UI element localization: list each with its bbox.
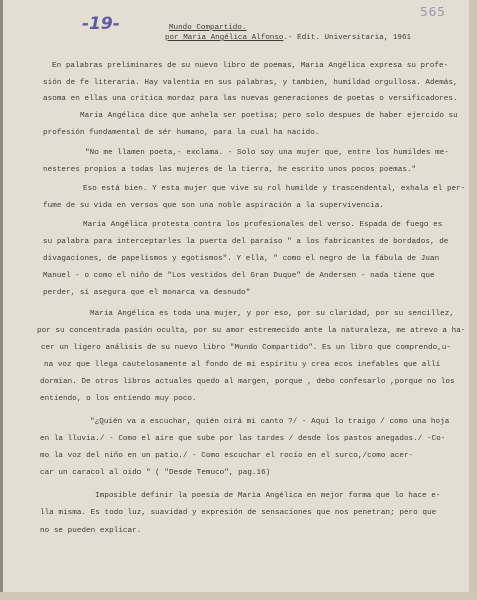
text-line: no se pueden explicar. — [40, 527, 141, 535]
text-line: Maria Angélica es toda una mujer, y por … — [90, 310, 454, 318]
text-line: En palabras preliminares de su nuevo lib… — [52, 62, 448, 70]
page-right-edge — [469, 0, 477, 600]
text-line: cer un ligero análisis de su nuevo libro… — [41, 344, 451, 352]
text-line: en la lluvia./ - Como el aire que sube p… — [40, 435, 445, 443]
text-line: profesión fundamental de sér humano, par… — [43, 129, 319, 137]
text-line: fume de su vida en versos que son una no… — [43, 202, 384, 210]
title-text: Mundo Compartido. — [169, 24, 246, 32]
page-bottom-edge — [0, 592, 477, 600]
text-line: Eso está bien. Y esta mujer que vive su … — [83, 185, 465, 193]
text-line: dormian. De otros libros actuales quedo … — [40, 378, 455, 386]
byline-author: por Maria Angélica Alfonso — [165, 34, 283, 42]
text-line: lla misma. Es todo luz, suavidad y expre… — [40, 509, 436, 517]
text-line: "¿Quién va a escuchar, quién oirá mi can… — [90, 418, 449, 426]
text-line: Maria Angélica protesta contra los profe… — [83, 221, 442, 229]
text-line: asoma en ellas una crítica mordaz para l… — [43, 95, 458, 103]
text-line: entiendo, o los entiendo muy poco. — [40, 395, 197, 403]
text-line: nesteres propios a todas las mujeres de … — [43, 166, 416, 174]
text-line: su palabra para interceptarles la puerta… — [43, 238, 448, 246]
text-line: perder, si asegura que el monarca va des… — [43, 289, 250, 297]
text-line: Maria Angélica dice que anhela ser poeti… — [80, 112, 458, 120]
handwritten-page-number: -19- — [82, 14, 120, 34]
text-line: sión de fe literaria. Hay valentía en su… — [43, 79, 458, 87]
text-line: car un caracol al oido " ( "Desde Temuco… — [40, 469, 270, 477]
text-line: Manuel - o como el niño de "Los vestidos… — [43, 272, 435, 280]
text-line: divagaciones, de papelismos y egotismos"… — [43, 255, 439, 263]
folio-number: 565 — [420, 5, 446, 19]
text-line: Imposible definir la poesía de Maria Ang… — [95, 492, 441, 500]
document-title: Mundo Compartido. — [169, 24, 246, 32]
text-line: por su concentrada pasión oculta, por su… — [37, 327, 465, 335]
document-byline: por Maria Angélica Alfonso.- Edit. Unive… — [165, 34, 411, 42]
byline-publisher: .- Edit. Universitaria, 1961 — [283, 34, 411, 42]
text-line: mo la voz del niño en un patio./ - Como … — [40, 452, 413, 460]
text-line: na voz que llega cautelosamente al fondo… — [44, 361, 440, 369]
text-line: "No me llamen poeta,- exclama. - Solo so… — [85, 149, 449, 157]
